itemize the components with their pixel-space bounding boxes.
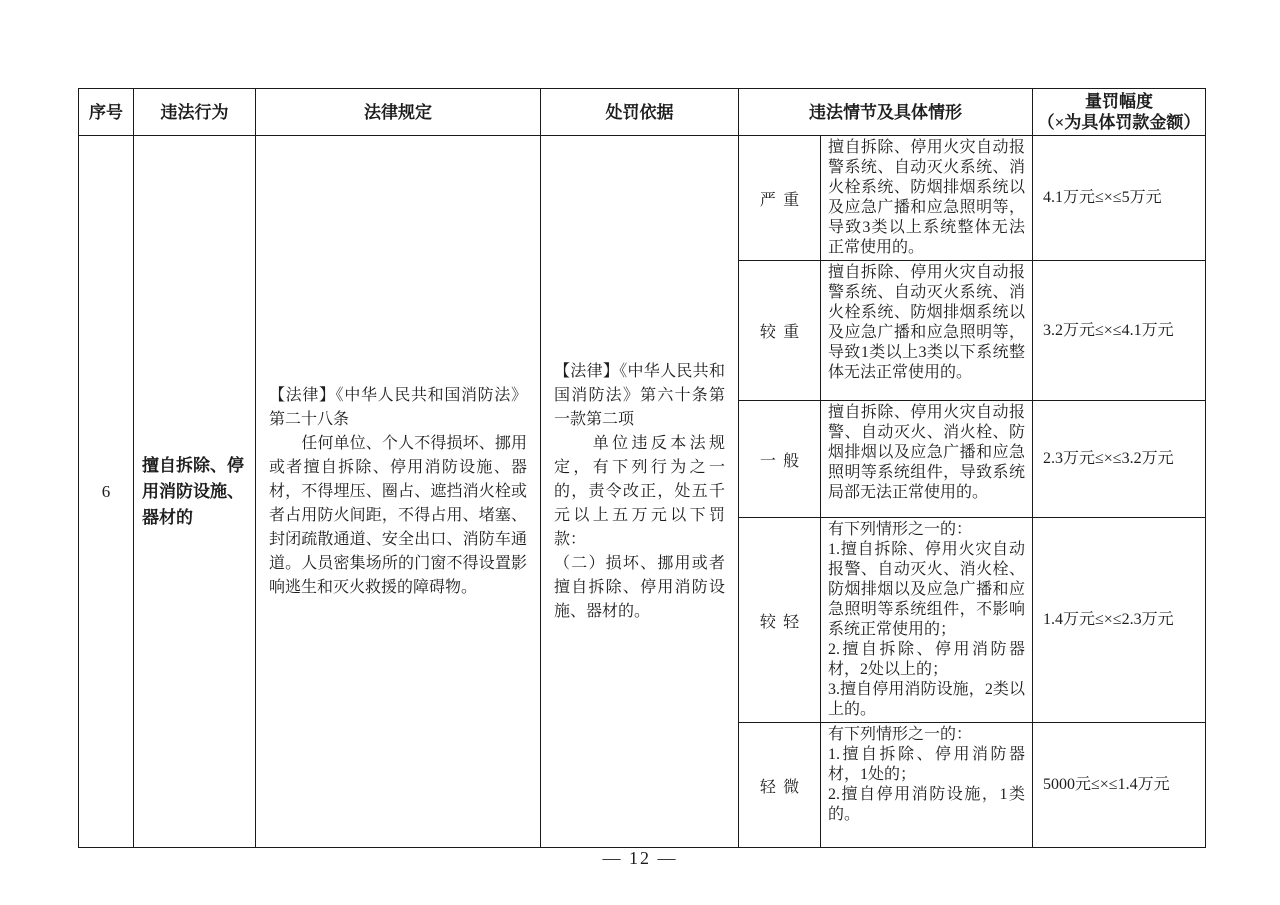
- penalty-range: 4.1万元≤×≤5万元: [1033, 136, 1206, 261]
- severity-label: 严重: [739, 136, 821, 261]
- penalty-range: 3.2万元≤×≤4.1万元: [1033, 261, 1206, 401]
- header-legal-provision: 法律规定: [256, 89, 541, 136]
- cell-penalty-basis: 【法律】《中华人民共和国消防法》第六十条第一款第二项 单位违反本法规定，有下列行…: [541, 136, 739, 848]
- document-page: 序号 违法行为 法律规定 处罚依据 违法情节及具体情形 量罚幅度 （×为具体罚款…: [0, 0, 1280, 905]
- header-serial: 序号: [79, 89, 134, 136]
- cell-serial-number: 6: [79, 136, 134, 848]
- severity-label: 较轻: [739, 518, 821, 723]
- header-behavior: 违法行为: [134, 89, 256, 136]
- table-row: 6 擅自拆除、停用消防设施、器材的 【法律】《中华人民共和国消防法》第二十八条 …: [79, 136, 1206, 261]
- severity-label: 轻微: [739, 723, 821, 848]
- penalty-range: 5000元≤×≤1.4万元: [1033, 723, 1206, 848]
- severity-description: 有下列情形之一的： 1.擅自拆除、停用消防器材，1处的； 2.擅自停用消防设施，…: [821, 723, 1033, 848]
- severity-description: 擅自拆除、停用火灾自动报警系统、自动灭火系统、消火栓系统、防烟排烟系统以及应急广…: [821, 136, 1033, 261]
- severity-description: 有下列情形之一的： 1.擅自拆除、停用火灾自动报警、自动灭火、消火栓、防烟排烟以…: [821, 518, 1033, 723]
- severity-description: 擅自拆除、停用火灾自动报警、自动灭火、消火栓、防烟排烟以及应急广播和应急照明等系…: [821, 401, 1033, 518]
- header-circumstances: 违法情节及具体情形: [739, 89, 1033, 136]
- severity-label: 一般: [739, 401, 821, 518]
- severity-description: 擅自拆除、停用火灾自动报警系统、自动灭火系统、消火栓系统、防烟排烟系统以及应急广…: [821, 261, 1033, 401]
- severity-label: 较重: [739, 261, 821, 401]
- page-number: — 12 —: [0, 848, 1280, 869]
- penalty-table: 序号 违法行为 法律规定 处罚依据 违法情节及具体情形 量罚幅度 （×为具体罚款…: [78, 88, 1206, 848]
- penalty-range: 2.3万元≤×≤3.2万元: [1033, 401, 1206, 518]
- header-penalty-range: 量罚幅度 （×为具体罚款金额）: [1033, 89, 1206, 136]
- header-penalty-basis: 处罚依据: [541, 89, 739, 136]
- penalty-range: 1.4万元≤×≤2.3万元: [1033, 518, 1206, 723]
- cell-legal-provision: 【法律】《中华人民共和国消防法》第二十八条 任何单位、个人不得损坏、挪用或者擅自…: [256, 136, 541, 848]
- table-header-row: 序号 违法行为 法律规定 处罚依据 违法情节及具体情形 量罚幅度 （×为具体罚款…: [79, 89, 1206, 136]
- cell-illegal-behavior: 擅自拆除、停用消防设施、器材的: [134, 136, 256, 848]
